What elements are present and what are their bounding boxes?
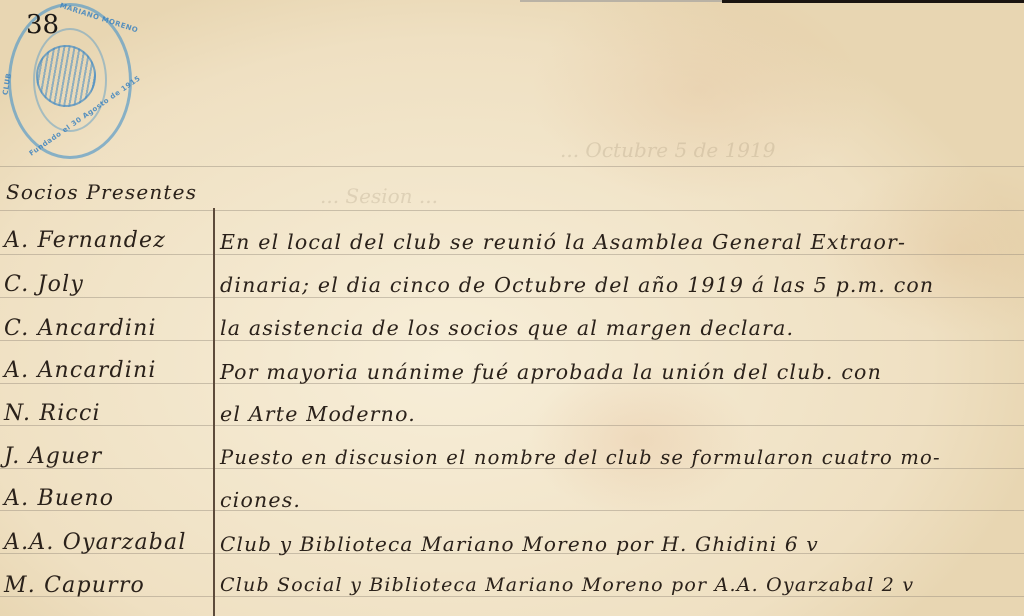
minutes-line: dinaria; el dia cinco de Octubre del año… xyxy=(220,273,934,297)
member-name: A. Fernandez xyxy=(4,228,166,253)
member-name: M. Capurro xyxy=(4,573,145,598)
member-name: A.A. Oyarzabal xyxy=(4,530,187,555)
bleed-through-text: ... Octubre 5 de 1919 xyxy=(560,138,775,162)
ruled-line xyxy=(0,596,1024,597)
minutes-line: el Arte Moderno. xyxy=(220,402,416,426)
member-name: A. Ancardini xyxy=(4,358,157,383)
member-name: N. Ricci xyxy=(4,401,101,426)
scan-edge-dark xyxy=(722,0,1024,3)
ledger-page: ... Octubre 5 de 1919 ... Sesion ... MAR… xyxy=(0,0,1024,616)
members-header: Socios Presentes xyxy=(6,180,197,204)
minutes-line: ciones. xyxy=(220,488,301,512)
member-name: A. Bueno xyxy=(4,486,114,511)
page-number: 38 xyxy=(26,10,59,40)
ruled-line xyxy=(0,297,1024,298)
member-name: C. Ancardini xyxy=(4,316,157,341)
minutes-line: Club y Biblioteca Mariano Moreno por H. … xyxy=(220,532,819,556)
minutes-line: Por mayoria unánime fué aprobada la unió… xyxy=(220,360,882,384)
minutes-line: En el local del club se reunió la Asambl… xyxy=(220,230,906,254)
bleed-through-text: ... Sesion ... xyxy=(320,184,438,208)
ruled-line xyxy=(0,510,1024,511)
ruled-line xyxy=(0,425,1024,426)
ruled-line xyxy=(0,210,1024,211)
member-name: J. Aguer xyxy=(4,444,102,469)
margin-line xyxy=(213,208,215,616)
minutes-line: Puesto en discusion el nombre del club s… xyxy=(220,446,941,469)
scan-edge xyxy=(520,0,722,2)
minutes-line: Club Social y Biblioteca Mariano Moreno … xyxy=(220,574,914,596)
ruled-line xyxy=(0,254,1024,255)
member-name: C. Joly xyxy=(4,272,84,297)
stamp-emblem-icon xyxy=(36,45,96,107)
minutes-line: la asistencia de los socios que al marge… xyxy=(220,316,794,340)
ruled-line xyxy=(0,166,1024,167)
